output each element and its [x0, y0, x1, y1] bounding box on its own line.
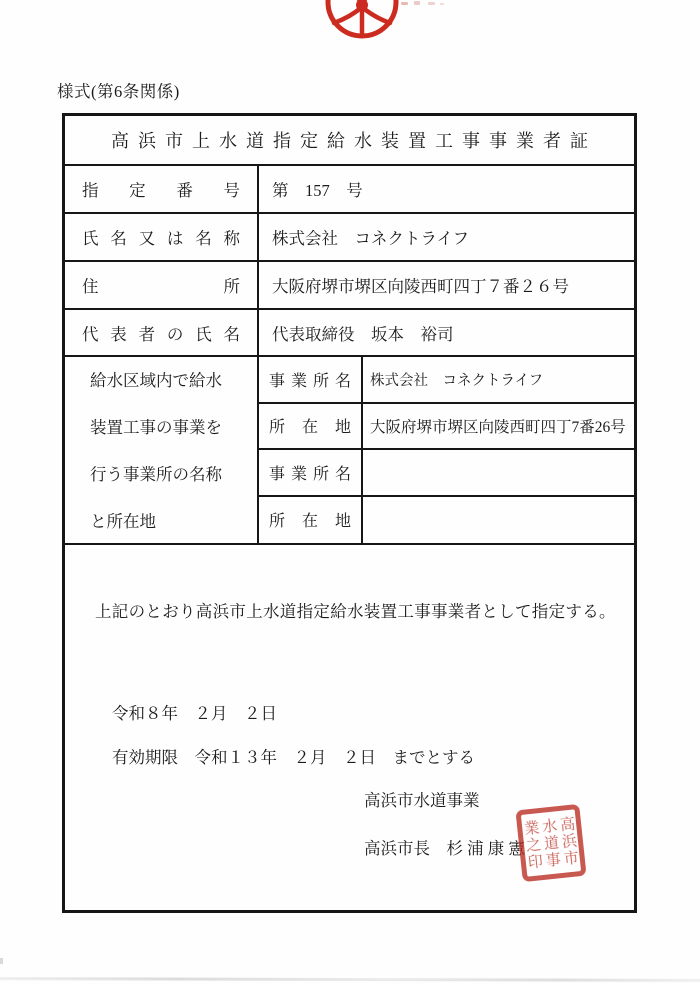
office-sub-rows: 事 業 所 名 株式会社 コネクトライフ 所 在 地 大阪府堺市堺区向陵西町四丁…	[259, 357, 634, 543]
sub-row-label-cell: 事 業 所 名	[259, 450, 363, 495]
office-name-value-empty	[363, 450, 634, 495]
side-label-line: 行う事業所の名称	[90, 451, 257, 498]
side-label-line: と所在地	[90, 498, 257, 545]
office-address-row: 所 在 地 大阪府堺市堺区向陵西町四丁7番26号	[259, 404, 634, 451]
sub-row-label-cell: 事 業 所 名	[259, 357, 363, 402]
table-row-address: 住 所 大阪府堺市堺区向陵西町四丁７番２６号	[65, 262, 634, 310]
sub-row-label-cell: 所 在 地	[259, 404, 363, 449]
offices-section-side-label: 給水区域内で給水 装置工事の事業を 行う事業所の名称 と所在地	[65, 357, 259, 543]
address-value: 大阪府堺市堺区向陵西町四丁７番２６号	[259, 262, 634, 308]
company-name-value: 株式会社 コネクトライフ	[259, 214, 634, 260]
row-label-cell: 氏 名 又 は 名 称	[65, 214, 259, 260]
row-label: 氏 名 又 は 名 称	[82, 225, 240, 249]
mayor-signature-line: 高浜市長 杉 浦 康 憲	[364, 835, 525, 859]
office-name-value: 株式会社 コネクトライフ	[363, 357, 634, 402]
side-label-line: 給水区域内で給水	[90, 357, 257, 404]
designation-statement: 上記のとおり高浜市上水道指定給水装置工事事業者として指定する。	[95, 598, 616, 622]
row-label: 代 表 者 の 氏 名	[82, 321, 240, 345]
city-emblem-stamp-icon	[321, 0, 403, 43]
scan-artifact	[401, 2, 408, 5]
scan-artifact	[428, 2, 435, 5]
sub-row-label: 事 業 所 名	[269, 461, 351, 484]
official-red-seal: 高浜市水道事業之印	[515, 804, 586, 882]
scanned-certificate-page: 様式(第6条関係) 高浜市上水道指定給水装置工事事業者証 指 定 番 号 第 1…	[0, 0, 700, 984]
certificate-title: 高浜市上水道指定給水装置工事事業者証	[102, 127, 597, 153]
row-label: 指 定 番 号	[82, 177, 240, 201]
scan-artifact	[440, 3, 444, 5]
office-name-row: 事 業 所 名 株式会社 コネクトライフ	[259, 357, 634, 404]
office-address-value: 大阪府堺市堺区向陵西町四丁7番26号	[363, 404, 634, 449]
seal-text: 高浜市水道事業之印	[522, 811, 580, 874]
representative-value: 代表取締役 坂本 裕司	[259, 310, 634, 355]
row-label-cell: 代 表 者 の 氏 名	[65, 310, 259, 355]
side-label-line: 装置工事の事業を	[90, 404, 257, 451]
designation-statement-cell: 上記のとおり高浜市上水道指定給水装置工事事業者として指定する。 令和８年 ２月 …	[65, 545, 634, 910]
sub-row-label: 所 在 地	[269, 508, 351, 531]
certificate-table: 高浜市上水道指定給水装置工事事業者証 指 定 番 号 第 157 号 氏 名 又…	[62, 113, 637, 913]
table-row-name: 氏 名 又 は 名 称 株式会社 コネクトライフ	[65, 214, 634, 262]
certificate-title-row: 高浜市上水道指定給水装置工事事業者証	[65, 116, 634, 166]
scan-artifact	[414, 1, 420, 5]
row-label-cell: 指 定 番 号	[65, 166, 259, 212]
sub-row-label: 事 業 所 名	[269, 368, 351, 391]
designation-number-value: 第 157 号	[259, 166, 634, 212]
form-reference-note: 様式(第6条関係)	[57, 78, 180, 102]
office-address-row-empty: 所 在 地	[259, 497, 634, 543]
offices-section-row: 給水区域内で給水 装置工事の事業を 行う事業所の名称 と所在地 事 業 所 名 …	[65, 357, 634, 545]
office-name-row-empty: 事 業 所 名	[259, 450, 634, 497]
office-address-value-empty	[363, 497, 634, 543]
scan-edge-shadow	[0, 977, 700, 982]
sub-row-label: 所 在 地	[269, 414, 351, 437]
scan-artifact	[0, 958, 3, 964]
issuer-organization: 高浜市水道事業	[364, 787, 480, 811]
row-label-cell: 住 所	[65, 262, 259, 308]
validity-period: 有効期限 令和１３年 ２月 ２日 までとする	[112, 744, 475, 768]
sub-row-label-cell: 所 在 地	[259, 497, 363, 543]
issue-date: 令和８年 ２月 ２日	[112, 700, 277, 724]
table-row-representative: 代 表 者 の 氏 名 代表取締役 坂本 裕司	[65, 310, 634, 357]
table-row-designation-number: 指 定 番 号 第 157 号	[65, 166, 634, 214]
row-label: 住 所	[82, 273, 240, 297]
